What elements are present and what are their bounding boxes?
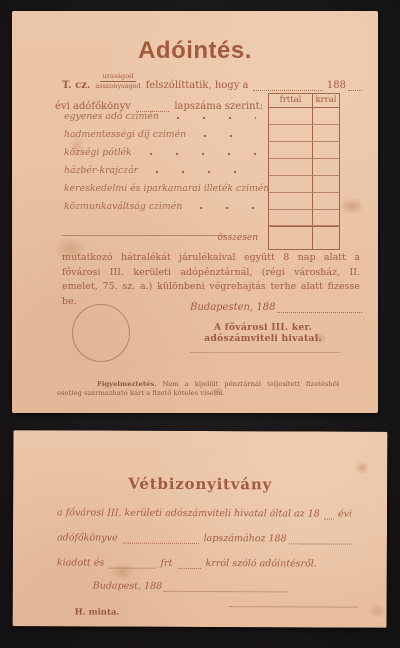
stain: [337, 196, 367, 216]
tax-item-label: házbér-krajczár: [64, 165, 138, 176]
total-label: összesen: [152, 233, 258, 243]
warning-lead: Figyelmeztetés.: [97, 380, 157, 388]
tax-item-row: egyenes adó czimén: [64, 108, 258, 122]
stain: [353, 460, 371, 476]
dot-leader: [188, 205, 256, 210]
salutation-prefix: T. cz.: [62, 80, 90, 91]
col-krral: krral: [313, 94, 339, 107]
salutation-line: T. cz. uraságod asszonyságod felszólítta…: [62, 71, 362, 91]
amount-table: frttal krral: [268, 93, 340, 250]
tax-item-label: kereskedelmi és iparkamarai illeték czim…: [64, 183, 269, 194]
tax-item-row: községi pótlék: [64, 144, 258, 158]
salutation-fraction: uraságod asszonyságod: [95, 72, 140, 90]
table-total-row: [269, 226, 339, 249]
tax-item-row: kereskedelmi és iparkamarai illeték czim…: [64, 180, 258, 194]
signature-rule: [190, 352, 340, 353]
receipt-line1: a fővárosi III. kerületi adószámviteli h…: [57, 504, 352, 519]
table-row: [269, 159, 339, 176]
receipt-line1-evi: évi: [338, 509, 352, 520]
photo-background: Adóintés. T. cz. uraságod asszonyságod f…: [0, 0, 400, 648]
salutation-lower: asszonyságod: [95, 82, 140, 90]
receipt-line1-text: a fővárosi III. kerületi adószámviteli h…: [57, 507, 320, 519]
table-row: [269, 210, 339, 227]
table-row: [269, 176, 339, 193]
frt-label: frt: [161, 558, 173, 569]
dateline-text: Budapesten, 188: [190, 302, 275, 313]
warning-note: Figyelmeztetés. Nem a kijelölt pénztárná…: [57, 380, 339, 398]
dot-leader: [138, 151, 256, 156]
date-blank-field: [164, 580, 288, 593]
page-number-label: lapszámához 188: [204, 533, 287, 544]
receipt-slip-sheet: Vétbizonyitvány a fővárosi III. kerületi…: [13, 430, 388, 628]
krajcar-blank-field: [177, 557, 200, 569]
receipt-dateline: Budapest, 188: [93, 578, 288, 593]
year-prefix: 188: [327, 80, 346, 91]
signature-blank-field: [230, 595, 358, 608]
office-line: A fővárosi III. ker. adószámviteli hivat…: [180, 322, 346, 344]
tax-item-label: egyenes adó czimén: [64, 111, 159, 122]
notice-dateline: Budapesten, 188: [190, 299, 362, 313]
dateline-text: Budapest, 188: [93, 581, 162, 592]
year-blank-field: [348, 79, 362, 91]
date-blank-field: [277, 301, 362, 313]
tax-item-row: hadmentességi díj czimén: [64, 126, 258, 140]
date-blank-field: [289, 532, 352, 544]
stain: [368, 602, 388, 620]
table-row: [269, 125, 339, 142]
table-row: [269, 193, 339, 210]
forint-blank-field: [109, 557, 155, 569]
amount-table-header: frttal krral: [269, 94, 339, 108]
request-text: felszólíttatik, hogy a: [146, 80, 249, 91]
notice-title: Adóintés.: [12, 37, 378, 65]
col-frttal: frttal: [269, 94, 313, 107]
table-row: [269, 108, 339, 125]
dot-leader: [165, 115, 256, 120]
receipt-title: Vétbizonyitvány: [13, 474, 387, 494]
dot-leader: [192, 133, 256, 138]
year-blank-field: [324, 508, 334, 520]
name-blank-field: [253, 79, 323, 91]
tax-notice-sheet: Adóintés. T. cz. uraságod asszonyságod f…: [12, 11, 378, 413]
dot-leader: [144, 169, 256, 174]
stamp-circle: [72, 304, 130, 362]
tax-item-label: községi pótlék: [64, 147, 132, 158]
tax-item-label: hadmentességi díj czimén: [64, 129, 186, 140]
table-row: [269, 142, 339, 159]
form-code: H. minta.: [75, 607, 120, 617]
receipt-line3: kiadott és frt krról szóló adóintésről.: [57, 554, 317, 569]
tax-item-label: közmunkaváltság czimén: [64, 201, 182, 212]
salutation-upper: uraságod: [100, 72, 137, 82]
issued-label: kiadott és: [57, 557, 104, 568]
ledger-book-label: adófőkönyve: [57, 532, 118, 543]
receipt-line2: adófőkönyve lapszámához 188: [57, 529, 352, 544]
ledger-blank-field: [123, 532, 199, 544]
about-notice-label: krról szóló adóintésről.: [206, 558, 317, 569]
tax-item-row: házbér-krajczár: [64, 162, 258, 176]
tax-item-row: közmunkaváltság czimén: [64, 198, 258, 212]
